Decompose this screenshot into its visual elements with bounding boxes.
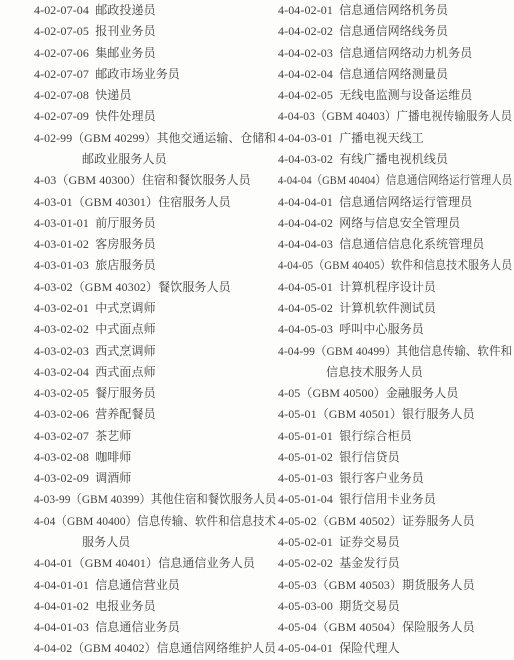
entry-line: 4-05-03-00 期货交易员	[278, 596, 512, 617]
entry-line: 4-03-02-02 中式面点师	[34, 319, 276, 340]
entry-line: 4-04-04（GBM 40404）信息通信网络运行管理人员	[278, 170, 482, 191]
entry-continuation-line: 信息技术服务人员	[278, 362, 512, 383]
entry-line: 4-04-04-02 网络与信息安全管理员	[278, 213, 512, 234]
entry-line: 4-03-02-05 餐厅服务员	[34, 383, 276, 404]
entry-line: 4-03-02-03 西式烹调师	[34, 341, 276, 362]
entry-line: 4-05-01（GBM 40501）银行服务人员	[278, 404, 512, 425]
entry-line: 4-03（GBM 40300）住宿和餐饮服务人员	[34, 170, 276, 191]
entry-line: 4-03-02-04 西式面点师	[34, 362, 276, 383]
entry-line: 4-03-01-01 前厅服务员	[34, 213, 276, 234]
entry-line: 4-02-99（GBM 40299）其他交通运输、仓储和	[34, 128, 273, 149]
entry-line: 4-03-02-01 中式烹调师	[34, 298, 276, 319]
entry-line: 4-04-03-02 有线广播电视机线员	[278, 149, 512, 170]
entry-line: 4-04-04-01 信息通信网络运行管理员	[278, 192, 512, 213]
document-page: 4-02-07-04 邮政投递员4-02-07-05 报刊业务员4-02-07-…	[0, 0, 514, 660]
entry-line: 4-02-07-08 快递员	[34, 85, 276, 106]
entry-line: 4-03-01（GBM 40301）住宿服务人员	[34, 192, 276, 213]
entry-line: 4-04-03（GBM 40403）广播电视传输服务人员	[278, 106, 501, 127]
entry-line: 4-05-01-03 银行客户业务员	[278, 468, 512, 489]
left-column: 4-02-07-04 邮政投递员4-02-07-05 报刊业务员4-02-07-…	[34, 0, 276, 660]
entry-line: 4-03-01-02 客房服务员	[34, 234, 276, 255]
entry-line: 4-05（GBM 40500）金融服务人员	[278, 383, 512, 404]
entry-line: 4-04-02-02 信息通信网络线务员	[278, 21, 512, 42]
entry-line: 4-04-02（GBM 40402）信息通信网络维护人员	[34, 638, 273, 659]
entry-line: 4-05-02-02 基金发行员	[278, 553, 512, 574]
entry-line: 4-04-02-04 信息通信网络测量员	[278, 64, 512, 85]
entry-line: 4-05-01-04 银行信用卡业务员	[278, 489, 512, 510]
entry-continuation-line: 服务人员	[34, 532, 276, 553]
entry-line: 4-04-01（GBM 40401）信息通信业务人员	[34, 553, 276, 574]
entry-line: 4-05-02-01 证券交易员	[278, 532, 512, 553]
entry-line: 4-04-02-03 信息通信网络动力机务员	[278, 43, 512, 64]
entry-line: 4-04-99（GBM 40499）其他信息传输、软件和	[278, 341, 501, 362]
entry-line: 4-03-99（GBM 40399）其他住宿和餐饮服务人员	[34, 489, 262, 510]
entry-line: 4-04-03-01 广播电视天线工	[278, 128, 512, 149]
entry-line: 4-03-02-07 茶艺师	[34, 426, 276, 447]
entry-line: 4-02-07-07 邮政市场业务员	[34, 64, 276, 85]
entry-line: 4-02-07-04 邮政投递员	[34, 0, 276, 21]
entry-line: 4-05-01-01 银行综合柜员	[278, 426, 512, 447]
entry-line: 4-05-04（GBM 40504）保险服务人员	[278, 617, 512, 638]
entry-line: 4-04-02-05 无线电监测与设备运维员	[278, 85, 512, 106]
entry-line: 4-04-05-01 计算机程序设计员	[278, 277, 512, 298]
entry-continuation-line: 邮政业服务人员	[34, 149, 276, 170]
entry-line: 4-05-02（GBM 40502）证券服务人员	[278, 511, 512, 532]
entry-line: 4-04-04-03 信息通信信息化系统管理员	[278, 234, 512, 255]
entry-line: 4-02-07-09 快件处理员	[34, 106, 276, 127]
entry-line: 4-03-02-06 营养配餐员	[34, 404, 276, 425]
entry-line: 4-05-03（GBM 40503）期货服务人员	[278, 575, 512, 596]
entry-line: 4-04-05（GBM 40405）软件和信息技术服务人员	[278, 255, 491, 276]
entry-line: 4-04（GBM 40400）信息传输、软件和信息技术	[34, 511, 265, 532]
entry-line: 4-02-07-06 集邮业务员	[34, 43, 276, 64]
entry-line: 4-04-01-03 信息通信业务员	[34, 617, 276, 638]
entry-line: 4-02-07-05 报刊业务员	[34, 21, 276, 42]
entry-line: 4-03-02-09 调酒师	[34, 468, 276, 489]
entry-line: 4-05-01-02 银行信贷员	[278, 447, 512, 468]
entry-line: 4-03-01-03 旅店服务员	[34, 255, 276, 276]
entry-line: 4-03-02（GBM 40302）餐饮服务人员	[34, 277, 276, 298]
entry-line: 4-05-04-01 保险代理人	[278, 638, 512, 659]
entry-line: 4-04-01-02 电报业务员	[34, 596, 276, 617]
entry-line: 4-03-02-08 咖啡师	[34, 447, 276, 468]
entry-line: 4-04-02-01 信息通信网络机务员	[278, 0, 512, 21]
entry-line: 4-04-05-03 呼叫中心服务员	[278, 319, 512, 340]
entry-line: 4-04-01-01 信息通信营业员	[34, 575, 276, 596]
entry-line: 4-04-05-02 计算机软件测试员	[278, 298, 512, 319]
right-column: 4-04-02-01 信息通信网络机务员4-04-02-02 信息通信网络线务员…	[278, 0, 512, 660]
